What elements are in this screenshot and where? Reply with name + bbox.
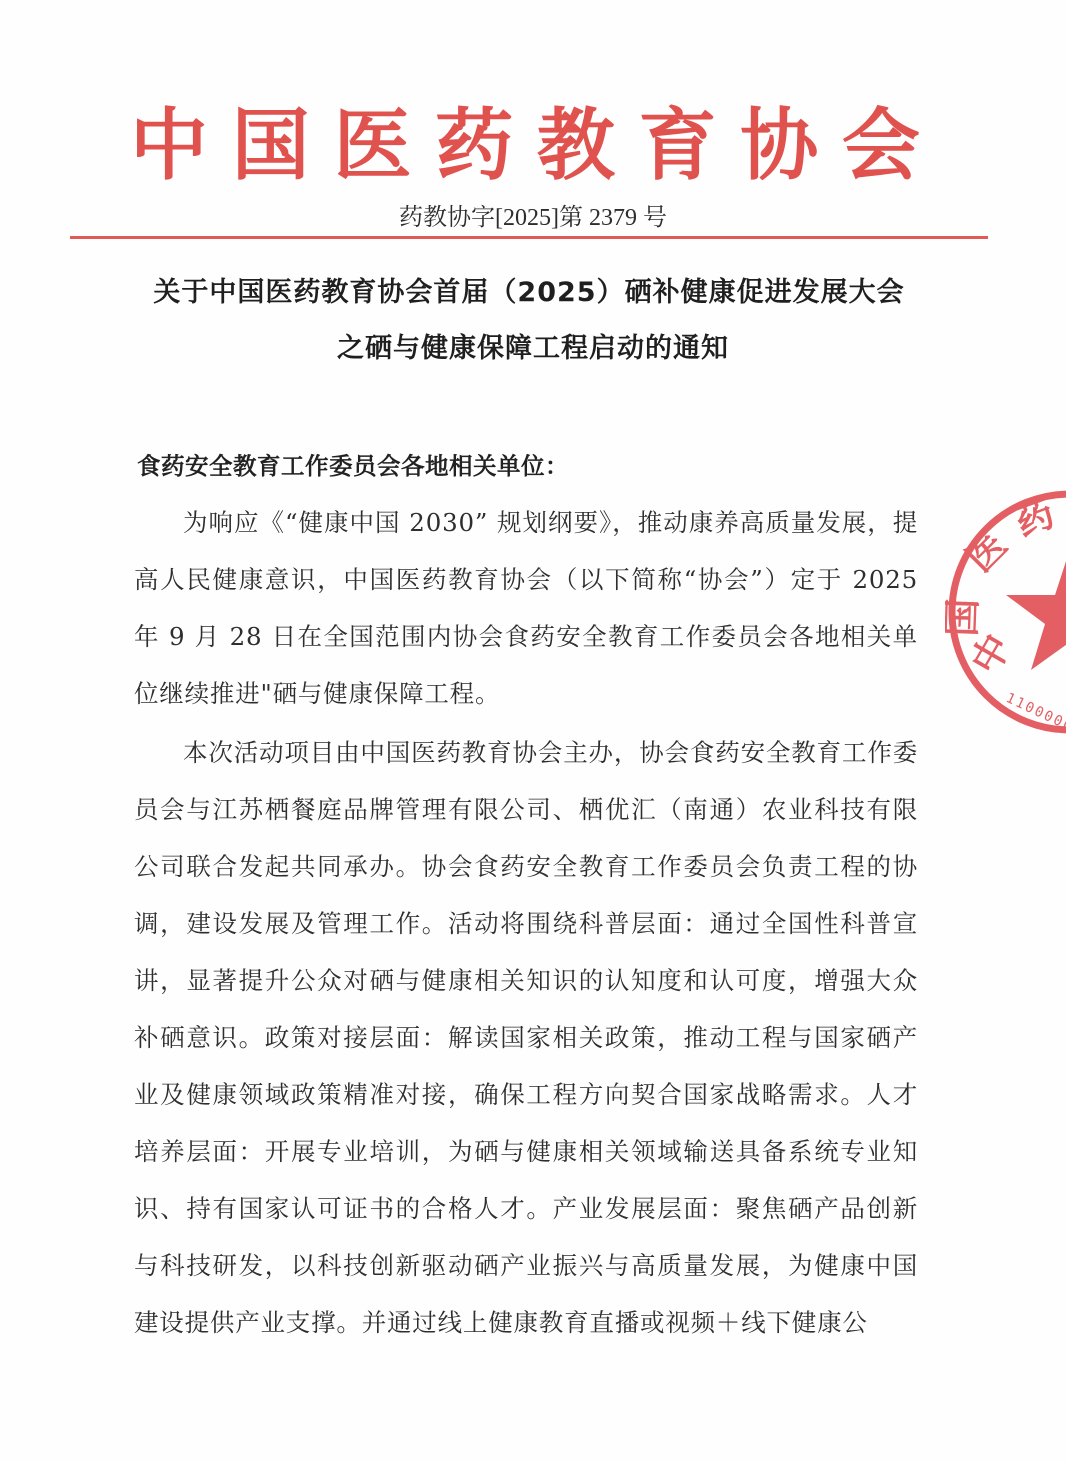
- seal-char: 国: [945, 598, 985, 638]
- masthead-char: 药: [435, 107, 513, 185]
- document-title-line-2: 之硒与健康保障工程启动的通知: [0, 326, 1066, 365]
- masthead-char: 国: [232, 107, 310, 185]
- document-title-line-1: 关于中国医药教育协会首届（2025）硒补健康促进发展大会: [0, 270, 1062, 309]
- seal-char: 中: [963, 627, 1020, 682]
- document-page: 中 国 医 药 教 育 协 会 药教协字[2025]第 2379 号 关于中国医…: [0, 0, 1066, 1462]
- masthead-char: 医: [333, 107, 411, 185]
- document-number: 药教协字[2025]第 2379 号: [0, 203, 1066, 233]
- seal-code: 1100000: [1003, 690, 1066, 735]
- star-icon: [1006, 549, 1066, 670]
- seal-char: 药: [1009, 490, 1060, 544]
- masthead-char: 协: [740, 107, 818, 185]
- masthead-char: 会: [842, 107, 920, 185]
- paragraph-text: 本次活动项目由中国医药教育协会主办，协会食药安全教育工作委员会与江苏栖餐庭品牌管…: [134, 724, 918, 1351]
- body-paragraph-2: 本次活动项目由中国医药教育协会主办，协会食药安全教育工作委员会与江苏栖餐庭品牌管…: [134, 724, 918, 1351]
- masthead-char: 育: [639, 107, 717, 185]
- body-paragraph-1: 为响应《“健康中国 2030” 规划纲要》，推动康养高质量发展，提高人民健康意识…: [134, 494, 918, 722]
- masthead-char: 教: [537, 107, 615, 185]
- paragraph-text: 为响应《“健康中国 2030” 规划纲要》，推动康养高质量发展，提高人民健康意识…: [134, 494, 918, 722]
- red-divider: [70, 236, 988, 239]
- salutation: 食药安全教育工作委员会各地相关单位：: [137, 447, 569, 481]
- masthead: 中 国 医 药 教 育 协 会: [130, 96, 920, 196]
- official-seal-stamp: 中 国 医 药 1100000: [945, 487, 1066, 737]
- seal-char: 医: [957, 522, 1015, 580]
- masthead-char: 中: [130, 107, 208, 185]
